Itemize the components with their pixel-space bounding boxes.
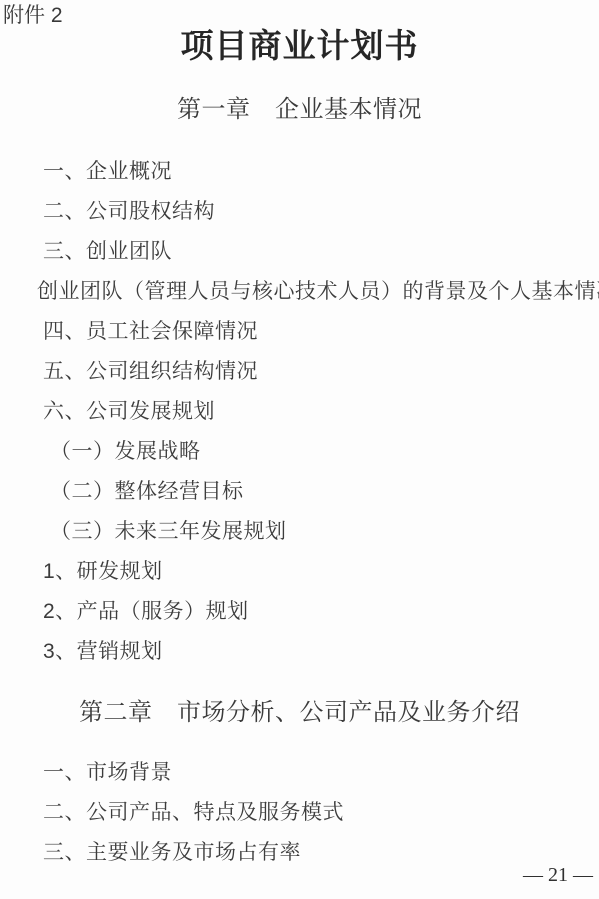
chapter-2-heading: 第二章 市场分析、公司产品及业务介绍 <box>0 693 599 733</box>
chapter-1-heading: 第一章 企业基本情况 <box>0 90 599 130</box>
chapter-1-item-list: 一、企业概况 二、公司股权结构 三、创业团队 创业团队（管理人员与核心技术人员）… <box>0 152 599 672</box>
document-page: 附件 2 项目商业计划书 第一章 企业基本情况 一、企业概况 二、公司股权结构 … <box>0 0 599 899</box>
toc-item: 五、公司组织结构情况 <box>0 352 599 392</box>
toc-item: 2、产品（服务）规划 <box>0 592 599 632</box>
toc-item: （一）发展战略 <box>0 432 599 472</box>
document-title: 项目商业计划书 <box>0 26 599 68</box>
toc-item: 二、公司股权结构 <box>0 192 599 232</box>
toc-item: 三、主要业务及市场占有率 <box>0 833 599 873</box>
chapter-2-item-list: 一、市场背景 二、公司产品、特点及服务模式 三、主要业务及市场占有率 <box>0 753 599 873</box>
toc-item: 创业团队（管理人员与核心技术人员）的背景及个人基本情况 <box>0 272 599 312</box>
toc-item: 二、公司产品、特点及服务模式 <box>0 793 599 833</box>
toc-item: （三）未来三年发展规划 <box>0 512 599 552</box>
toc-item: 四、员工社会保障情况 <box>0 312 599 352</box>
toc-item: 三、创业团队 <box>0 232 599 272</box>
toc-item: 六、公司发展规划 <box>0 392 599 432</box>
toc-item: 1、研发规划 <box>0 552 599 592</box>
page-number: — 21 — <box>523 860 593 890</box>
toc-item: 3、营销规划 <box>0 632 599 672</box>
toc-item: （二）整体经营目标 <box>0 472 599 512</box>
toc-item: 一、市场背景 <box>0 753 599 793</box>
toc-item: 一、企业概况 <box>0 152 599 192</box>
